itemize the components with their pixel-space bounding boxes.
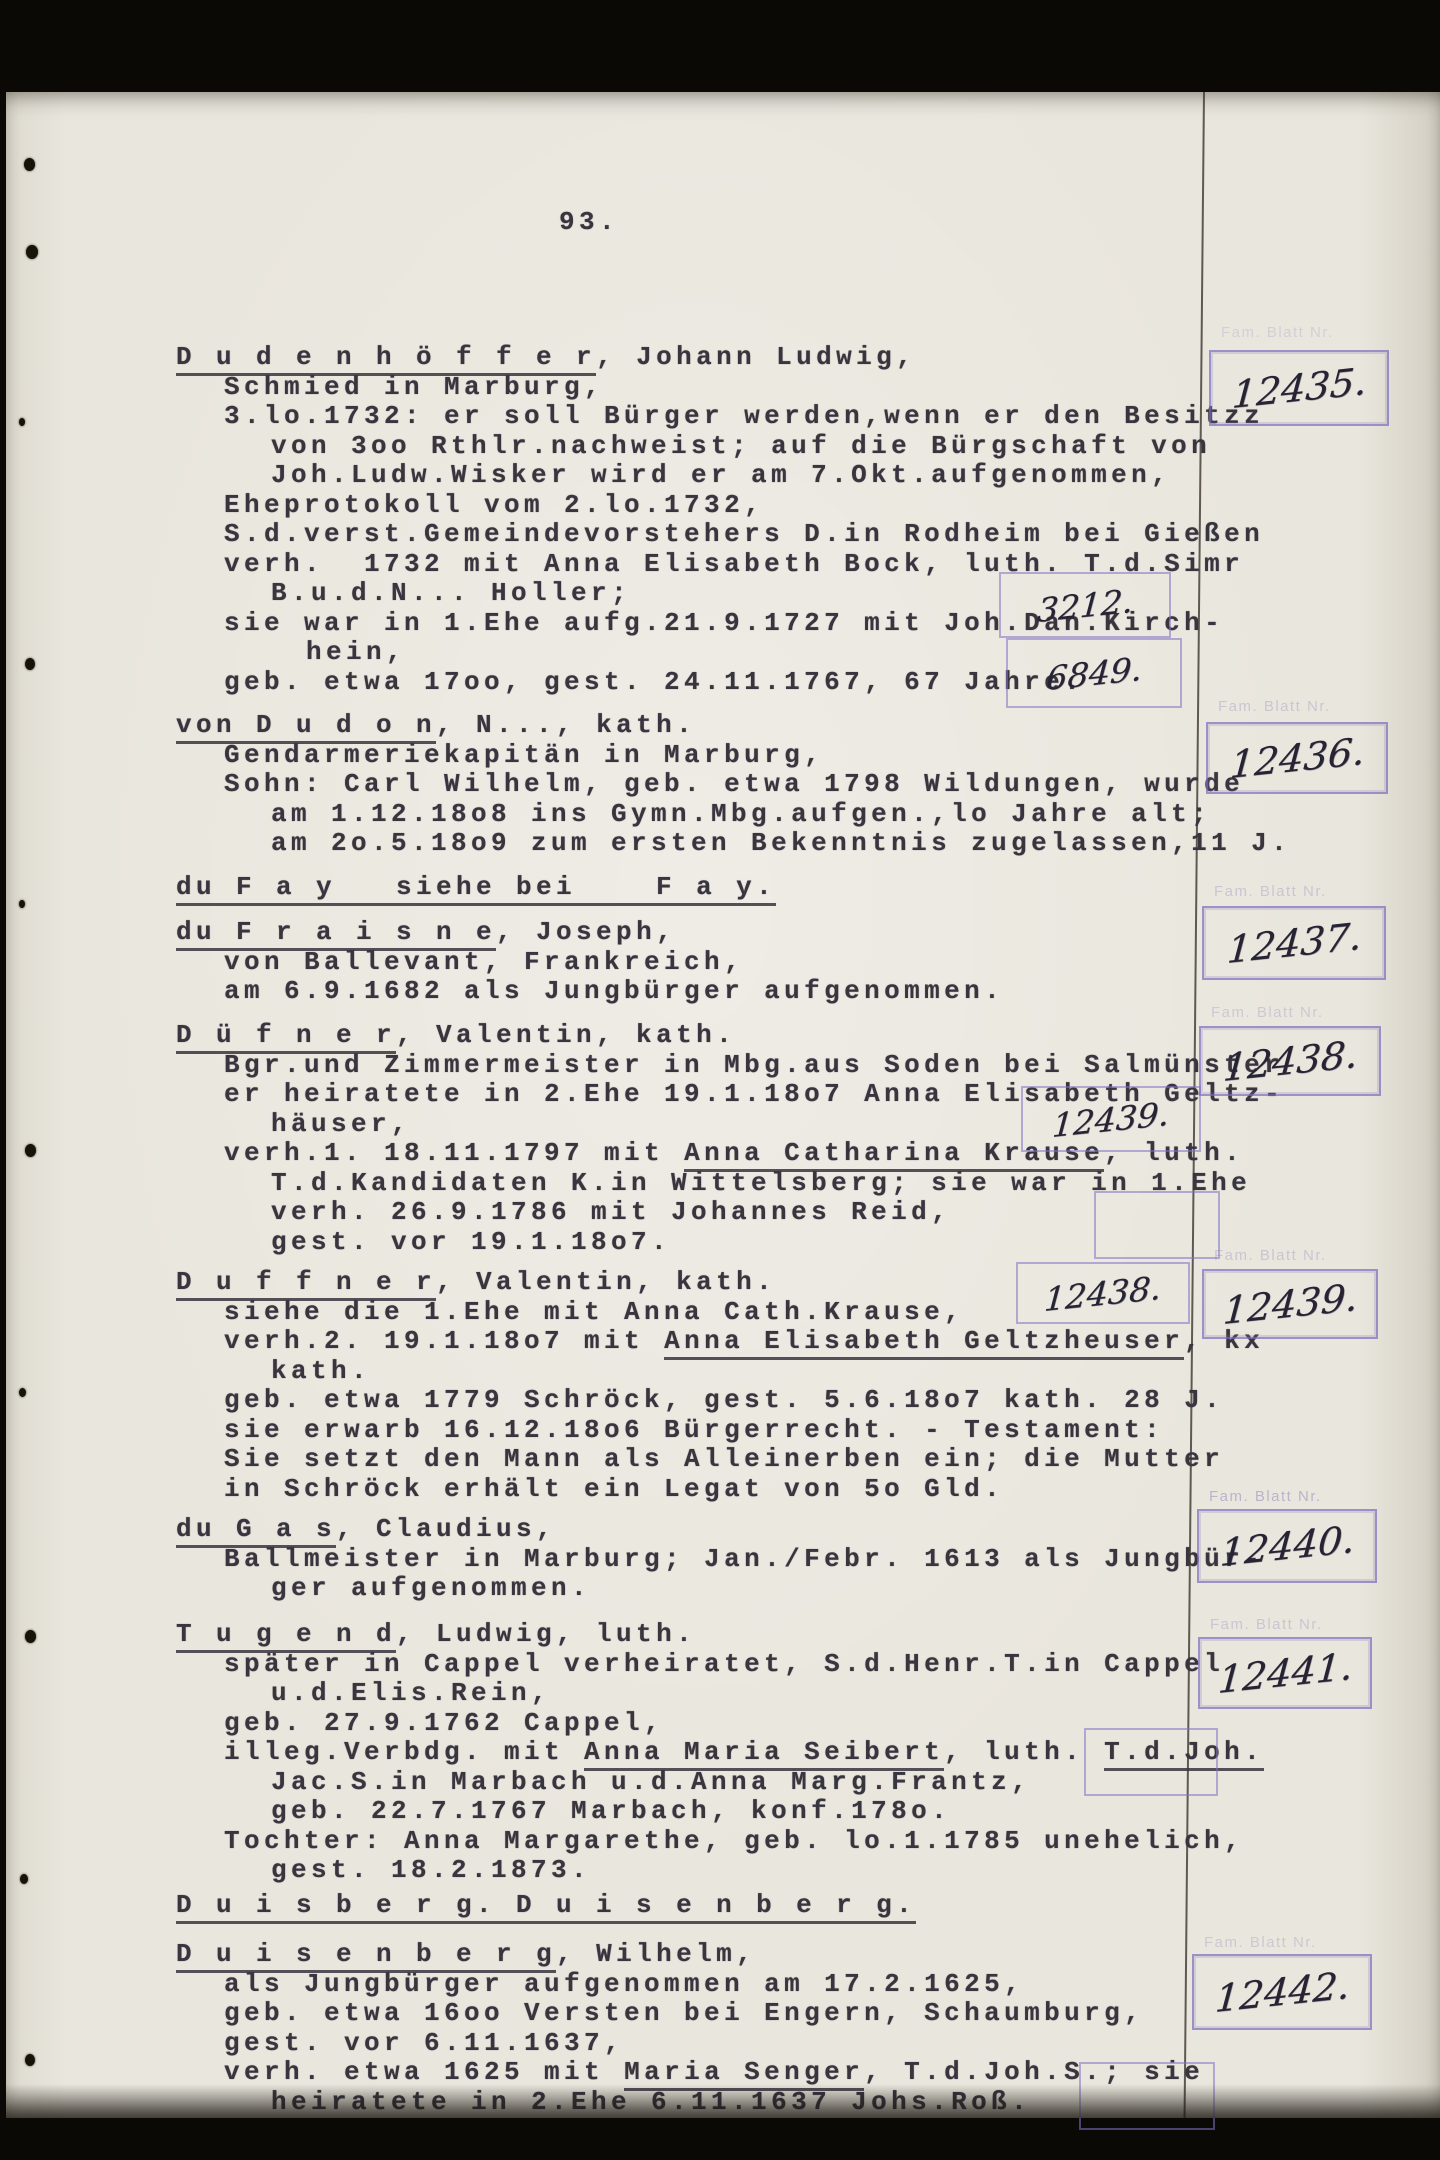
entry-text: sie erwarb 16.12.18o6 Bürgerrecht. - Tes… — [224, 1415, 1164, 1445]
entry-text: verh.2. 19.1.18o7 mit — [224, 1326, 664, 1356]
stamp-label: Fam. Blatt Nr. — [1214, 883, 1327, 900]
entry-line: du F r a i s n e, Joseph, — [176, 918, 1004, 948]
entry-text: u.d.Elis.Rein, — [271, 1678, 551, 1708]
entry-line: du G a s, Claudius, — [176, 1515, 1264, 1545]
punch-hole-dot — [25, 1144, 36, 1157]
punch-hole-dot — [20, 1874, 28, 1884]
entry-line: 3.lo.1732: er soll Bürger werden,wenn er… — [176, 402, 1264, 432]
entry-text: als Jungbürger aufgenommen am 17.2.1625, — [224, 1969, 1024, 1999]
entry-text: illeg.Verbdg. mit — [224, 1737, 584, 1767]
register-entry: du F r a i s n e, Joseph,von Ballevant, … — [176, 918, 1004, 1007]
entry-text: Joh.Ludw.Wisker wird er am 7.Okt.aufgeno… — [271, 460, 1171, 490]
inline-number: 12439. — [1051, 1094, 1171, 1145]
entry-text: verh. 26.9.1786 mit Johannes Reid, — [271, 1197, 951, 1227]
entry-text: , Valentin, kath. — [396, 1020, 736, 1050]
stamp-number: 12436. — [1228, 729, 1366, 787]
entry-text: Eheprotokoll vom 2.lo.1732, — [224, 490, 764, 520]
stamp-label: Fam. Blatt Nr. — [1218, 698, 1331, 715]
entry-text: von Ballevant, Frankreich, — [224, 947, 744, 977]
entry-line: von D u d o n, N..., kath. — [176, 711, 1291, 741]
entry-line: geb. etwa 16oo Versten bei Engern, Schau… — [176, 1999, 1204, 2029]
entry-text: in Schröck erhält ein Legat von 5o Gld. — [224, 1474, 1004, 1504]
punch-hole-dot — [24, 158, 35, 171]
entry-line: du F a y siehe bei F a y. — [176, 873, 776, 903]
inline-number-box: 3212. — [999, 572, 1171, 638]
entry-line: am 6.9.1682 als Jungbürger aufgenommen. — [176, 977, 1004, 1007]
stamp-label: Fam. Blatt Nr. — [1210, 1616, 1323, 1633]
entry-text: am 1.12.18o8 ins Gymn.Mbg.aufgen.,lo Jah… — [271, 799, 1211, 829]
register-entry: von D u d o n, N..., kath.Gendarmeriekap… — [176, 711, 1291, 859]
entry-text: hein, — [306, 637, 406, 667]
entry-text: , N..., kath. — [436, 710, 696, 740]
register-entry: D u i s b e r g. D u i s e n b e r g. — [176, 1891, 916, 1921]
entry-line: Gendarmeriekapitän in Marburg, — [176, 741, 1291, 771]
stamp-number-box: 12442. — [1192, 1954, 1372, 2030]
punch-hole-dot — [26, 245, 38, 259]
entry-text: Jac.S.in Marbach u.d.Anna Marg.Frantz, — [271, 1767, 1031, 1797]
entry-text: Gendarmeriekapitän in Marburg, — [224, 740, 824, 770]
entry-text: ger aufgenommen. — [271, 1573, 591, 1603]
stamp-number: 12440. — [1218, 1517, 1356, 1575]
stamp-number: 12438. — [1221, 1032, 1359, 1090]
entry-line: T u g e n d, Ludwig, luth. — [176, 1620, 1264, 1650]
entry-text: geb. etwa 16oo Versten bei Engern, Schau… — [224, 1998, 1144, 2028]
underlined-name: D u i s b e r g. D u i s e n b e r g. — [176, 1890, 916, 1924]
stamp-label: Fam. Blatt Nr. — [1204, 1934, 1317, 1951]
stamp-label: Fam. Blatt Nr. — [1211, 1004, 1324, 1021]
entry-line: Bgr.und Zimmermeister in Mbg.aus Soden b… — [176, 1051, 1284, 1081]
entry-line: D ü f n e r, Valentin, kath. — [176, 1021, 1284, 1051]
entry-line: Tochter: Anna Margarethe, geb. lo.1.1785… — [176, 1827, 1264, 1857]
punch-hole-dot — [25, 658, 35, 670]
entry-line: von Ballevant, Frankreich, — [176, 948, 1004, 978]
entry-line: Joh.Ludw.Wisker wird er am 7.Okt.aufgeno… — [176, 461, 1264, 491]
page-number: 93. — [559, 207, 619, 237]
entry-text: gest. 18.2.1873. — [271, 1855, 591, 1885]
entry-text: von 3oo Rthlr.nachweist; auf die Bürgsch… — [271, 431, 1211, 461]
entry-text: siehe die 1.Ehe mit Anna Cath.Krause, — [224, 1297, 964, 1327]
punch-hole-dot — [19, 418, 25, 426]
entry-text: verh. etwa 1625 mit — [224, 2057, 624, 2087]
inline-number-box: 6849. — [1006, 638, 1182, 708]
inline-number: 6849. — [1045, 649, 1143, 698]
entry-text: , Joseph, — [496, 917, 676, 947]
entry-line: von 3oo Rthlr.nachweist; auf die Bürgsch… — [176, 432, 1264, 462]
entry-line: gest. 18.2.1873. — [176, 1856, 1264, 1886]
entry-text: , Ludwig, luth. — [396, 1619, 696, 1649]
entry-text: Bgr.und Zimmermeister in Mbg.aus Soden b… — [224, 1050, 1284, 1080]
scanned-archive-photo: { "page": { "number": "93." }, "stamp_la… — [0, 0, 1440, 2160]
stamp-number: 12435. — [1230, 359, 1368, 417]
entry-text: , luth. — [944, 1737, 1104, 1767]
entry-text: verh.1. 18.11.1797 mit — [224, 1138, 684, 1168]
entry-text: geb. etwa 17oo, gest. 24.11.1767, 67 Jah… — [224, 667, 1084, 697]
punch-hole-dot — [25, 1630, 36, 1643]
page-bottom-shade — [6, 2084, 1440, 2118]
stamp-number: 12437. — [1225, 914, 1363, 972]
entry-line: Schmied in Marburg, — [176, 373, 1264, 403]
entry-text: , Johann Ludwig, — [596, 342, 916, 372]
inline-number-box: 12439. — [1021, 1086, 1201, 1152]
entry-line: gest. vor 6.11.1637, — [176, 2029, 1204, 2059]
entry-text: Tochter: Anna Margarethe, geb. lo.1.1785… — [224, 1826, 1244, 1856]
entry-text: , Wilhelm, — [556, 1939, 756, 1969]
inline-number: 3212. — [1036, 581, 1134, 630]
entry-text: häuser, — [271, 1109, 411, 1139]
entry-text: B.u.d.N... Holler; — [271, 578, 631, 608]
entry-line: später in Cappel verheiratet, S.d.Henr.T… — [176, 1650, 1264, 1680]
punch-hole-dot — [25, 2054, 35, 2066]
entry-line: D u i s e n b e r g, Wilhelm, — [176, 1940, 1204, 1970]
entry-line: Sie setzt den Mann als Alleinerben ein; … — [176, 1445, 1264, 1475]
stamp-number-box: 12435. — [1209, 350, 1389, 426]
stamp-number-box: 12440. — [1197, 1509, 1377, 1583]
underlined-name: Anna Elisabeth Geltzheuser — [664, 1326, 1184, 1360]
entry-line: kath. — [176, 1357, 1264, 1387]
photo-background: 93. D u d e n h ö f f e r, Johann Ludwig… — [0, 0, 1440, 2160]
entry-line: Sohn: Carl Wilhelm, geb. etwa 1798 Wildu… — [176, 770, 1291, 800]
inline-empty-box — [1094, 1191, 1220, 1259]
entry-line: geb. 22.7.1767 Marbach, konf.178o. — [176, 1797, 1264, 1827]
stamp-number: 12442. — [1213, 1963, 1351, 2021]
entry-line: am 1.12.18o8 ins Gymn.Mbg.aufgen.,lo Jah… — [176, 800, 1291, 830]
entry-text: Sie setzt den Mann als Alleinerben ein; … — [224, 1444, 1224, 1474]
stamp-number-box: 12437. — [1202, 906, 1386, 980]
entry-line: geb. etwa 1779 Schröck, gest. 5.6.18o7 k… — [176, 1386, 1264, 1416]
entry-text: geb. etwa 1779 Schröck, gest. 5.6.18o7 k… — [224, 1385, 1224, 1415]
stamp-number-box: 12441. — [1198, 1637, 1372, 1709]
entry-text: später in Cappel verheiratet, S.d.Henr.T… — [224, 1649, 1224, 1679]
stamp-label: Fam. Blatt Nr. — [1221, 324, 1334, 341]
entry-text: Ballmeister in Marburg; Jan./Febr. 1613 … — [224, 1544, 1264, 1574]
register-entry: du G a s, Claudius,Ballmeister in Marbur… — [176, 1515, 1264, 1604]
entry-text: 3.lo.1732: er soll Bürger werden,wenn er… — [224, 401, 1264, 431]
entry-text: gest. vor 6.11.1637, — [224, 2028, 624, 2058]
entry-line: u.d.Elis.Rein, — [176, 1679, 1264, 1709]
entry-text: S.d.verst.Gemeindevorstehers D.in Rodhei… — [224, 519, 1264, 549]
entry-text: gest. vor 19.1.18o7. — [271, 1227, 671, 1257]
entry-line: ger aufgenommen. — [176, 1574, 1264, 1604]
stamp-number: 12441. — [1216, 1644, 1354, 1702]
stamp-number: 12439. — [1221, 1275, 1359, 1333]
entry-text: geb. 27.9.1762 Cappel, — [224, 1708, 664, 1738]
entry-line: S.d.verst.Gemeindevorstehers D.in Rodhei… — [176, 520, 1264, 550]
entry-text: , Valentin, kath. — [436, 1267, 776, 1297]
stamp-number-box: 12438. — [1199, 1026, 1381, 1096]
entry-line: D u d e n h ö f f e r, Johann Ludwig, — [176, 343, 1264, 373]
inline-empty-box — [1084, 1728, 1218, 1796]
punch-hole-dot — [19, 900, 25, 908]
entry-text: Sohn: Carl Wilhelm, geb. etwa 1798 Wildu… — [224, 769, 1244, 799]
entry-line: verh.2. 19.1.18o7 mit Anna Elisabeth Gel… — [176, 1327, 1264, 1357]
entry-line: am 2o.5.18o9 zum ersten Bekenntnis zugel… — [176, 829, 1291, 859]
entry-text: Schmied in Marburg, — [224, 372, 604, 402]
stamp-number-box: 12436. — [1206, 722, 1388, 794]
punch-hole-dot — [19, 1388, 26, 1397]
entry-line: in Schröck erhält ein Legat von 5o Gld. — [176, 1475, 1264, 1505]
underlined-name: du F a y siehe bei F a y. — [176, 872, 776, 906]
entry-line: Eheprotokoll vom 2.lo.1732, — [176, 491, 1264, 521]
entry-text: kath. — [271, 1356, 371, 1386]
entry-line: D u i s b e r g. D u i s e n b e r g. — [176, 1891, 916, 1921]
entry-line: sie erwarb 16.12.18o6 Bürgerrecht. - Tes… — [176, 1416, 1264, 1446]
register-entry: du F a y siehe bei F a y. — [176, 873, 776, 903]
entry-text: am 6.9.1682 als Jungbürger aufgenommen. — [224, 976, 1004, 1006]
entry-text: , Claudius, — [336, 1514, 556, 1544]
stamp-label: Fam. Blatt Nr. — [1214, 1247, 1327, 1264]
entry-text: am 2o.5.18o9 zum ersten Bekenntnis zugel… — [271, 828, 1291, 858]
inline-number-box: 12438. — [1016, 1262, 1190, 1324]
entry-text: geb. 22.7.1767 Marbach, konf.178o. — [271, 1796, 951, 1826]
stamp-number-box: 12439. — [1202, 1269, 1378, 1339]
entry-line: Ballmeister in Marburg; Jan./Febr. 1613 … — [176, 1545, 1264, 1575]
document-page: 93. D u d e n h ö f f e r, Johann Ludwig… — [6, 92, 1440, 2118]
stamp-label: Fam. Blatt Nr. — [1209, 1488, 1322, 1505]
entry-line: als Jungbürger aufgenommen am 17.2.1625, — [176, 1970, 1204, 2000]
inline-number: 12438. — [1043, 1268, 1163, 1319]
